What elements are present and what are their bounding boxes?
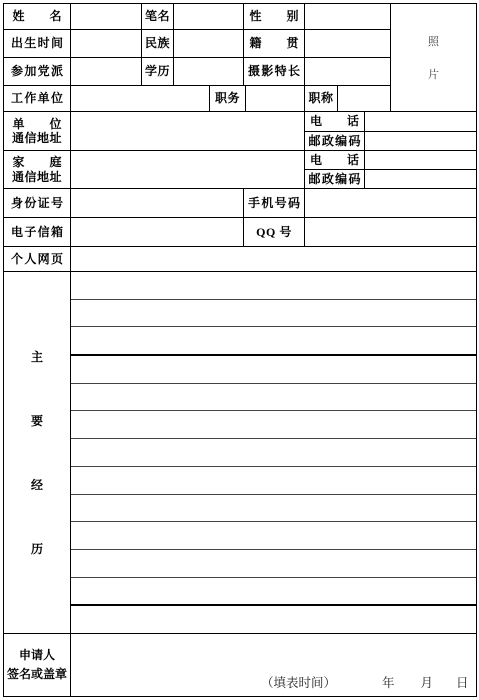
photo-label-char1: 照 (428, 33, 439, 49)
work-postal-field[interactable] (365, 132, 476, 151)
experience-line[interactable] (71, 522, 476, 550)
webpage-field[interactable] (71, 247, 476, 271)
party-field[interactable] (71, 58, 142, 86)
work-phone-label: 电 话 (310, 114, 359, 128)
home-address-field[interactable] (71, 151, 305, 188)
email-field[interactable] (71, 218, 244, 246)
experience-char-1: 主 (31, 348, 43, 365)
work-address-block: 单 位 通信地址 电 话 邮政编码 (4, 112, 476, 151)
position-label-cell: 职务 (210, 86, 246, 112)
experience-char-3: 经 (31, 476, 43, 493)
qq-field[interactable] (305, 218, 476, 246)
email-label: 电子信箱 (11, 225, 63, 239)
signature-label: 申请人 签名或盖章 (4, 634, 71, 696)
work-postal-row: 邮政编码 (305, 132, 476, 151)
specialty-label-cell: 摄影特长 (244, 58, 305, 86)
year-label: 年 (382, 673, 395, 691)
row-work: 工作单位 职务 职称 (4, 86, 390, 112)
work-address-field[interactable] (71, 112, 305, 150)
specialty-field[interactable] (305, 58, 390, 86)
webpage-label-cell: 个人网页 (4, 247, 71, 271)
experience-line[interactable] (71, 384, 476, 412)
day-label: 日 (456, 673, 469, 691)
qq-label: QQ 号 (256, 225, 292, 239)
home-postal-label: 邮政编码 (309, 172, 361, 186)
title-label-cell: 职称 (305, 86, 338, 112)
birth-field[interactable] (71, 30, 142, 58)
birth-label: 出生时间 (11, 36, 63, 50)
photo-label-char2: 片 (428, 66, 439, 82)
title-label: 职称 (308, 91, 333, 105)
id-label-cell: 身份证号 (4, 189, 71, 217)
experience-section: 主 要 经 历 (4, 272, 476, 634)
home-postal-field[interactable] (365, 170, 476, 188)
experience-line[interactable] (71, 495, 476, 523)
experience-line[interactable] (71, 411, 476, 439)
home-postal-row: 邮政编码 (305, 170, 476, 188)
experience-char-4: 历 (31, 540, 43, 557)
work-phone-field[interactable] (365, 112, 476, 131)
education-field[interactable] (174, 58, 244, 86)
title-field[interactable] (338, 86, 390, 112)
home-address-label: 家 庭 通信地址 (12, 155, 62, 184)
experience-line[interactable] (71, 467, 476, 495)
mobile-label-cell: 手机号码 (244, 189, 305, 217)
row-email: 电子信箱 QQ 号 (4, 218, 476, 247)
ethnicity-label: 民族 (145, 36, 170, 50)
home-phone-row: 电 话 (305, 151, 476, 170)
name-field[interactable] (71, 4, 142, 30)
id-field[interactable] (71, 189, 244, 217)
row-party: 参加党派 学历 摄影特长 (4, 58, 390, 86)
name-label-cell: 姓 名 (4, 4, 71, 30)
experience-label: 主 要 经 历 (4, 272, 71, 633)
work-address-label: 单 位 通信地址 (12, 117, 62, 146)
experience-line[interactable] (71, 550, 476, 578)
photo-cell: 照 片 (390, 4, 476, 112)
work-address-label-cell: 单 位 通信地址 (4, 112, 71, 150)
work-phone-label-cell: 电 话 (305, 112, 365, 131)
position-field[interactable] (246, 86, 305, 112)
gender-label-cell: 性 别 (244, 4, 305, 30)
experience-char-2: 要 (31, 412, 43, 429)
work-address-subcolumn: 电 话 邮政编码 (305, 112, 476, 150)
home-address-block: 家 庭 通信地址 电 话 邮政编码 (4, 151, 476, 189)
row-birth: 出生时间 民族 籍 贯 (4, 30, 390, 58)
experience-line[interactable] (71, 327, 476, 356)
id-label: 身份证号 (11, 196, 63, 210)
education-label: 学历 (145, 64, 170, 78)
row-id: 身份证号 手机号码 (4, 189, 476, 218)
experience-lines (71, 272, 476, 633)
education-label-cell: 学历 (142, 58, 174, 86)
specialty-label: 摄影特长 (248, 64, 300, 78)
work-postal-label: 邮政编码 (309, 134, 361, 148)
mobile-field[interactable] (305, 189, 476, 217)
application-form-table: 姓 名 笔名 性 别 出生时间 民族 籍 贯 参加党派 学历 摄影特长 工作单位 (3, 3, 477, 697)
pen-name-field[interactable] (174, 4, 244, 30)
work-postal-label-cell: 邮政编码 (305, 132, 365, 151)
party-label-cell: 参加党派 (4, 58, 71, 86)
native-place-field[interactable] (305, 30, 390, 58)
home-phone-field[interactable] (365, 151, 476, 169)
work-unit-field[interactable] (71, 86, 210, 112)
pen-name-label-cell: 笔名 (142, 4, 174, 30)
home-phone-label-cell: 电 话 (305, 151, 365, 169)
experience-line[interactable] (71, 606, 476, 633)
row-name: 姓 名 笔名 性 别 (4, 4, 390, 30)
email-label-cell: 电子信箱 (4, 218, 71, 246)
gender-field[interactable] (305, 4, 390, 30)
mobile-label: 手机号码 (248, 196, 300, 210)
experience-line[interactable] (71, 272, 476, 300)
top-section: 姓 名 笔名 性 别 出生时间 民族 籍 贯 参加党派 学历 摄影特长 工作单位 (4, 4, 476, 112)
experience-line[interactable] (71, 300, 476, 328)
work-unit-label: 工作单位 (11, 91, 63, 105)
home-address-label-cell: 家 庭 通信地址 (4, 151, 71, 188)
experience-line[interactable] (71, 578, 476, 607)
experience-line[interactable] (71, 439, 476, 467)
signature-row: 申请人 签名或盖章 （填表时间） 年 月 日 (4, 634, 476, 696)
work-unit-label-cell: 工作单位 (4, 86, 71, 112)
home-address-subcolumn: 电 话 邮政编码 (305, 151, 476, 188)
fill-date-line: （填表时间） 年 月 日 (261, 673, 469, 691)
gender-label: 性 别 (250, 9, 299, 23)
party-label: 参加党派 (11, 64, 63, 78)
home-phone-label: 电 话 (310, 153, 359, 167)
native-place-label: 籍 贯 (250, 36, 299, 50)
pen-name-label: 笔名 (145, 9, 170, 23)
home-postal-label-cell: 邮政编码 (305, 170, 365, 188)
qq-label-cell: QQ 号 (244, 218, 305, 246)
row-webpage: 个人网页 (4, 247, 476, 272)
birth-label-cell: 出生时间 (4, 30, 71, 58)
ethnicity-field[interactable] (174, 30, 244, 58)
signature-field[interactable]: （填表时间） 年 月 日 (71, 634, 476, 696)
name-label: 姓 名 (13, 9, 62, 23)
ethnicity-label-cell: 民族 (142, 30, 174, 58)
work-phone-row: 电 话 (305, 112, 476, 132)
webpage-label: 个人网页 (11, 252, 63, 266)
fill-time-label: （填表时间） (261, 673, 336, 691)
experience-line[interactable] (71, 356, 476, 384)
month-label: 月 (421, 673, 434, 691)
position-label: 职务 (215, 91, 240, 105)
native-place-label-cell: 籍 贯 (244, 30, 305, 58)
